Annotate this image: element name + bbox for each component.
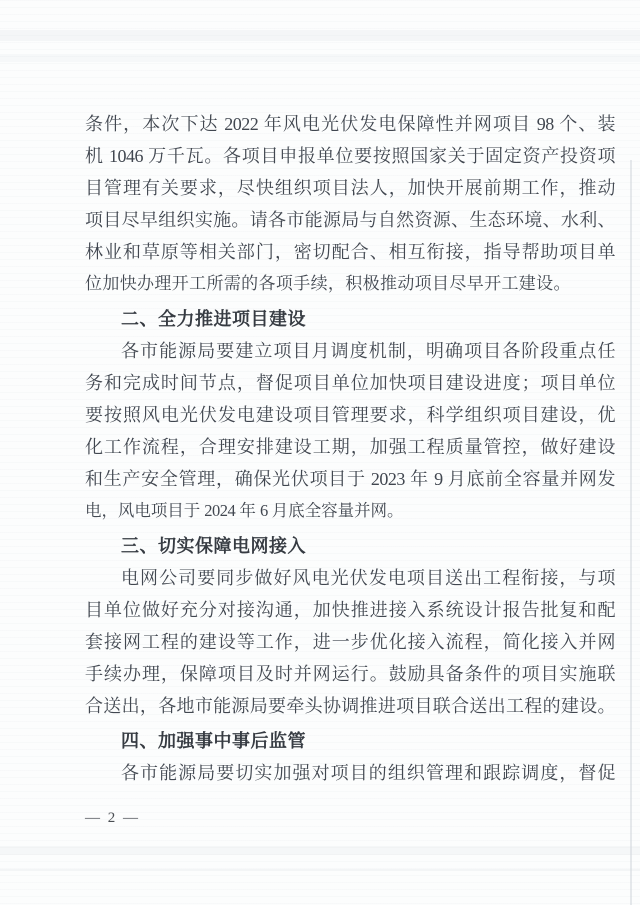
section-heading-supervision: 四、加强事中事后监管 (85, 725, 615, 757)
body-line: 务和完成时间节点，督促项目单位加快项目建设进度；项目单位 (85, 367, 615, 399)
body-line: 林业和草原等相关部门，密切配合、相互衔接，指导帮助项目单 (85, 236, 615, 268)
body-line: 电网公司要同步做好风电光伏发电项目送出工程衔接，与项 (85, 562, 615, 594)
document-body: 条件，本次下达 2022 年风电光伏发电保障性并网项目 98 个、装 机 104… (85, 108, 615, 789)
section-heading-grid-access: 三、切实保障电网接入 (85, 530, 615, 562)
body-line: 套接网工程的建设等工作，进一步优化接入流程，简化接入并网 (85, 626, 615, 658)
body-line: 和生产安全管理，确保光伏项目于 2023 年 9 月底前全容量并网发 (85, 463, 615, 495)
body-line: 目单位做好充分对接沟通，加快推进接入系统设计报告批复和配 (85, 594, 615, 626)
scan-artifact-band (0, 869, 640, 871)
body-line: 机 1046 万千瓦。各项目申报单位要按照国家关于固定资产投资项 (85, 140, 615, 172)
body-line: 合送出，各地市能源局要牵头协调推进项目联合送出工程的建设。 (85, 690, 615, 722)
scan-edge-line (630, 160, 632, 905)
body-line: 条件，本次下达 2022 年风电光伏发电保障性并网项目 98 个、装 (85, 108, 615, 140)
scanned-document-page: 条件，本次下达 2022 年风电光伏发电保障性并网项目 98 个、装 机 104… (0, 0, 640, 905)
body-line: 电，风电项目于 2024 年 6 月底全容量并网。 (85, 495, 615, 527)
scan-artifact-band (0, 30, 640, 41)
body-line: 手续办理，保障项目及时并网运行。鼓励具备条件的项目实施联 (85, 658, 615, 690)
body-line: 要按照风电光伏发电建设项目管理要求，科学组织项目建设，优 (85, 399, 615, 431)
body-line: 项目尽早组织实施。请各市能源局与自然资源、生态环境、水利、 (85, 204, 615, 236)
body-line: 各市能源局要切实加强对项目的组织管理和跟踪调度，督促 (85, 757, 615, 789)
scan-artifact-band (0, 846, 640, 855)
body-line: 化工作流程，合理安排建设工期，加强工程质量管控，做好建设 (85, 431, 615, 463)
body-line: 目管理有关要求，尽快组织项目法人，加快开展前期工作，推动 (85, 172, 615, 204)
body-line: 各市能源局要建立项目月调度机制，明确项目各阶段重点任 (85, 335, 615, 367)
scan-artifact-band (0, 54, 640, 62)
section-heading-project-construction: 二、全力推进项目建设 (85, 303, 615, 335)
page-number: — 2 — (85, 810, 140, 827)
body-line: 位加快办理开工所需的各项手续，积极推动项目尽早开工建设。 (85, 268, 615, 300)
